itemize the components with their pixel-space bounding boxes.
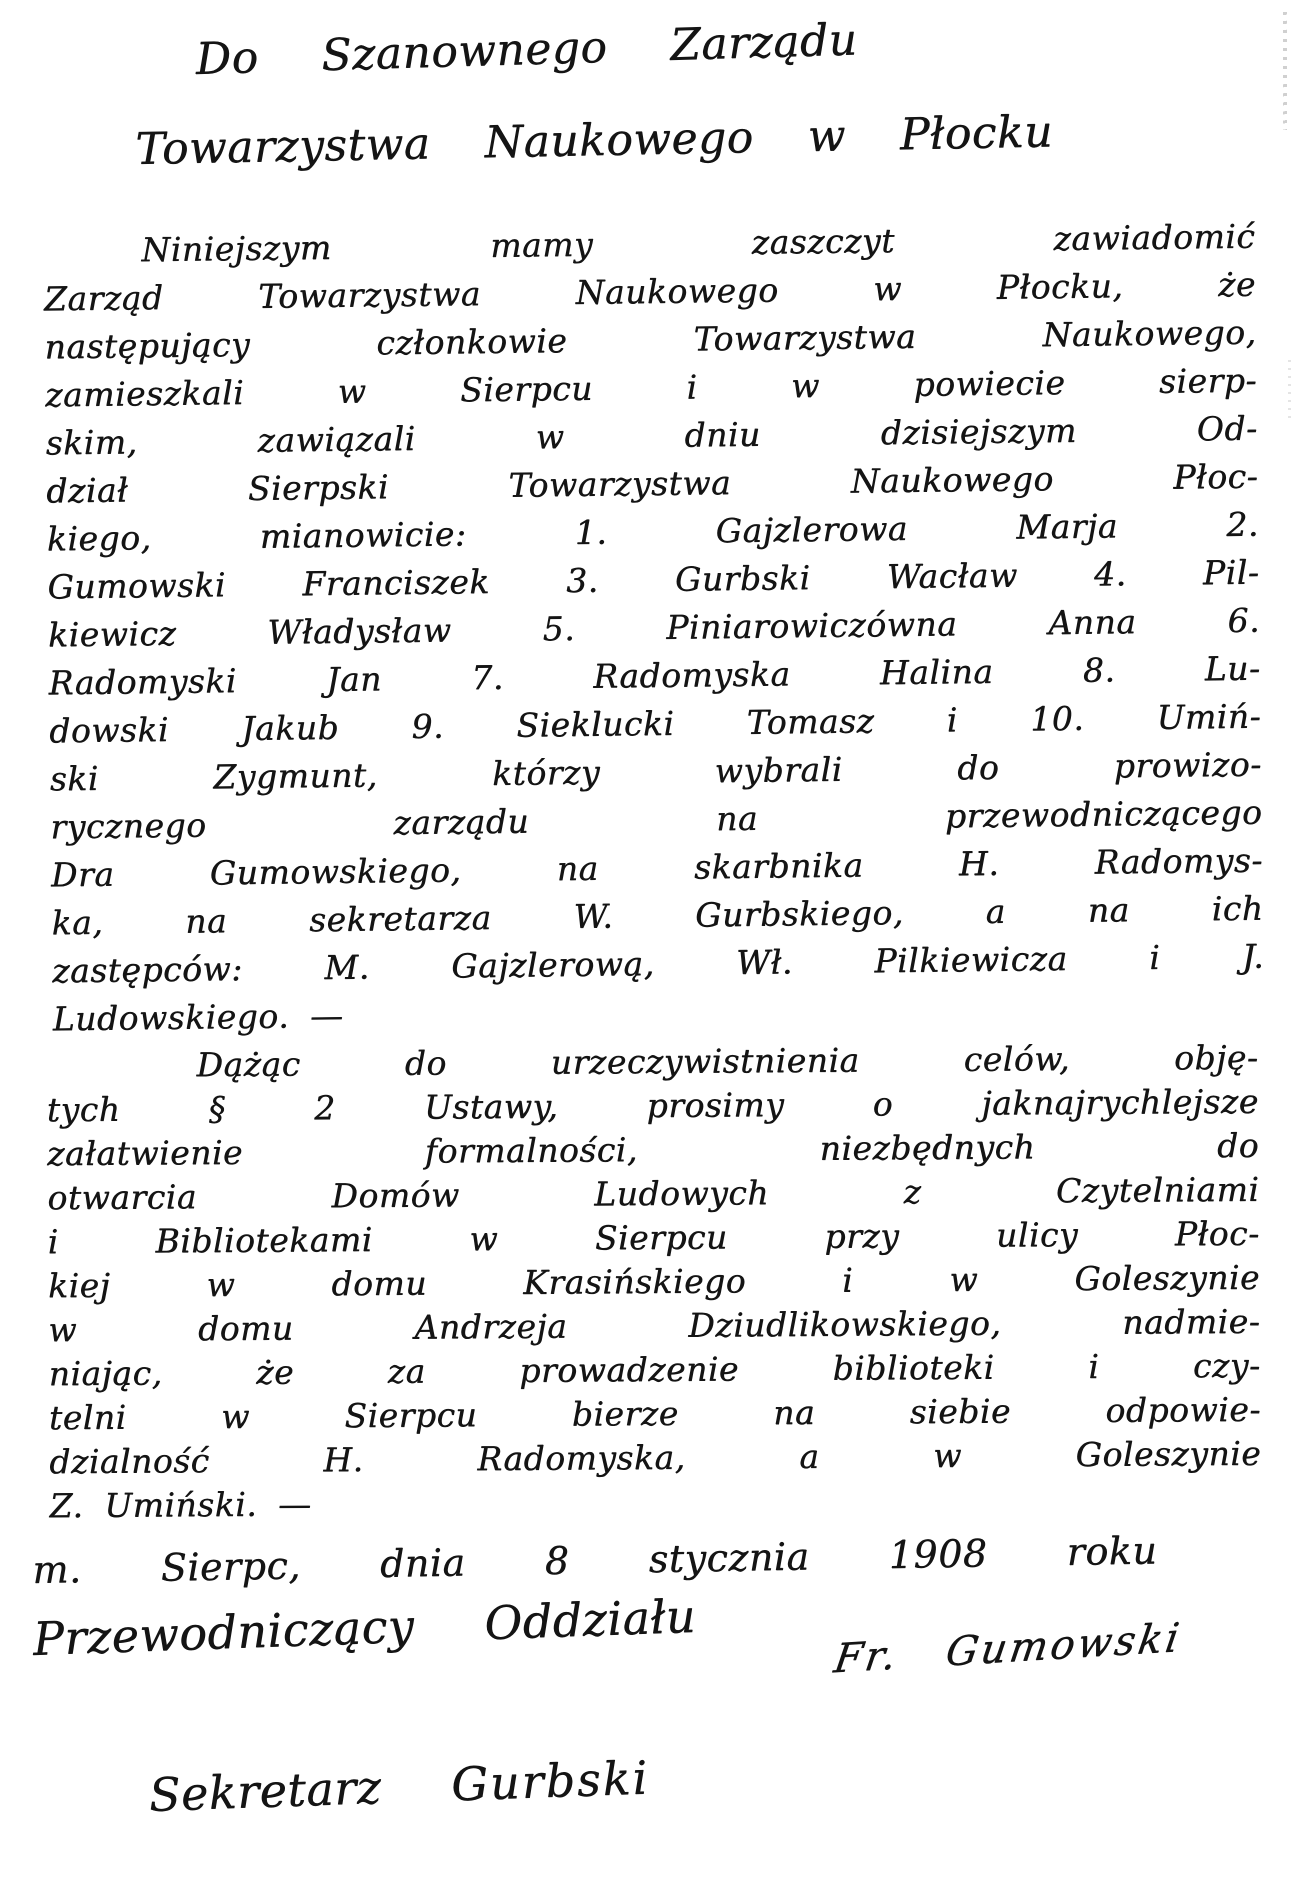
scanned-letter-page: Do Szanownego Zarządu Towarzystwa Naukow… (0, 0, 1303, 1891)
date-line: m. Sierpc, dnia 8 stycznia 1908 roku (32, 1528, 1158, 1592)
paragraph-2: Dążąc do urzeczywistnienia celów, obję- … (46, 1036, 1261, 1528)
manuscript-line: dzialność H. Radomyska, a w Goleszynie (49, 1432, 1261, 1484)
scan-artifact (1288, 360, 1291, 420)
heading-line-1: Do Szanownego Zarządu (195, 5, 1166, 85)
secretary-signature: Gurbski (450, 1751, 650, 1812)
chairman-title: Przewodniczący Oddziału (32, 1589, 697, 1666)
secretary-block: SekretarzGurbski (148, 1751, 650, 1822)
chairman-signature: Fr. Gumowski (831, 1615, 1185, 1683)
manuscript-line: Z. Umiński. — (49, 1476, 1261, 1528)
scan-artifact (1283, 12, 1287, 130)
paragraph-1: Niniejszym mamy zaszczyt zawiadomić Zarz… (43, 213, 1265, 1044)
heading-line-2: Towarzystwa Naukowego w Płocku (135, 103, 1206, 175)
secretary-title: Sekretarz (148, 1760, 382, 1822)
spacer (382, 1800, 452, 1802)
